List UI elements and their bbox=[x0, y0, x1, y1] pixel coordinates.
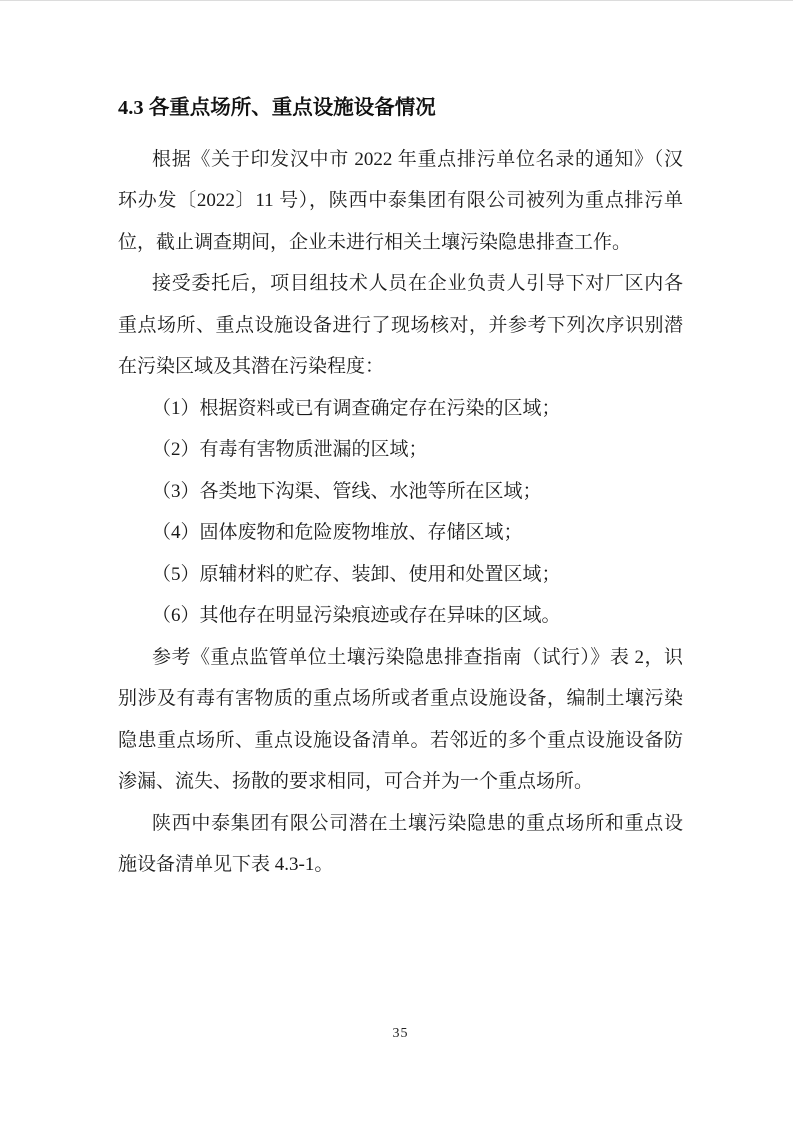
page-content: 4.3 各重点场所、重点设施设备情况 根据《关于印发汉中市 2022 年重点排污… bbox=[118, 88, 683, 886]
paragraph-intro-2: 接受委托后，项目组技术人员在企业负责人引导下对厂区内各重点场所、重点设施设备进行… bbox=[118, 263, 683, 388]
list-item: （2）有毒有害物质泄漏的区域； bbox=[118, 429, 683, 471]
list-item: （1）根据资料或已有调查确定存在污染的区域； bbox=[118, 388, 683, 430]
paragraph-intro-1: 根据《关于印发汉中市 2022 年重点排污单位名录的通知》（汉环办发〔2022〕… bbox=[118, 139, 683, 264]
list-item: （3）各类地下沟渠、管线、水池等所在区域； bbox=[118, 471, 683, 513]
page-footer: 35 bbox=[118, 1024, 683, 1042]
page-top-edge bbox=[0, 0, 793, 1]
list-item: （5）原辅材料的贮存、装卸、使用和处置区域； bbox=[118, 554, 683, 596]
list-item: （4）固体废物和危险废物堆放、存储区域； bbox=[118, 512, 683, 554]
page-number: 35 bbox=[393, 1026, 409, 1041]
paragraph-closing-2: 陕西中泰集团有限公司潜在土壤污染隐患的重点场所和重点设施设备清单见下表 4.3-… bbox=[118, 803, 683, 886]
paragraph-closing-1: 参考《重点监管单位土壤污染隐患排查指南（试行）》表 2，识别涉及有毒有害物质的重… bbox=[118, 637, 683, 803]
document-page: 4.3 各重点场所、重点设施设备情况 根据《关于印发汉中市 2022 年重点排污… bbox=[0, 0, 793, 1122]
list-item: （6）其他存在明显污染痕迹或存在异味的区域。 bbox=[118, 595, 683, 637]
section-heading: 4.3 各重点场所、重点设施设备情况 bbox=[118, 88, 683, 130]
